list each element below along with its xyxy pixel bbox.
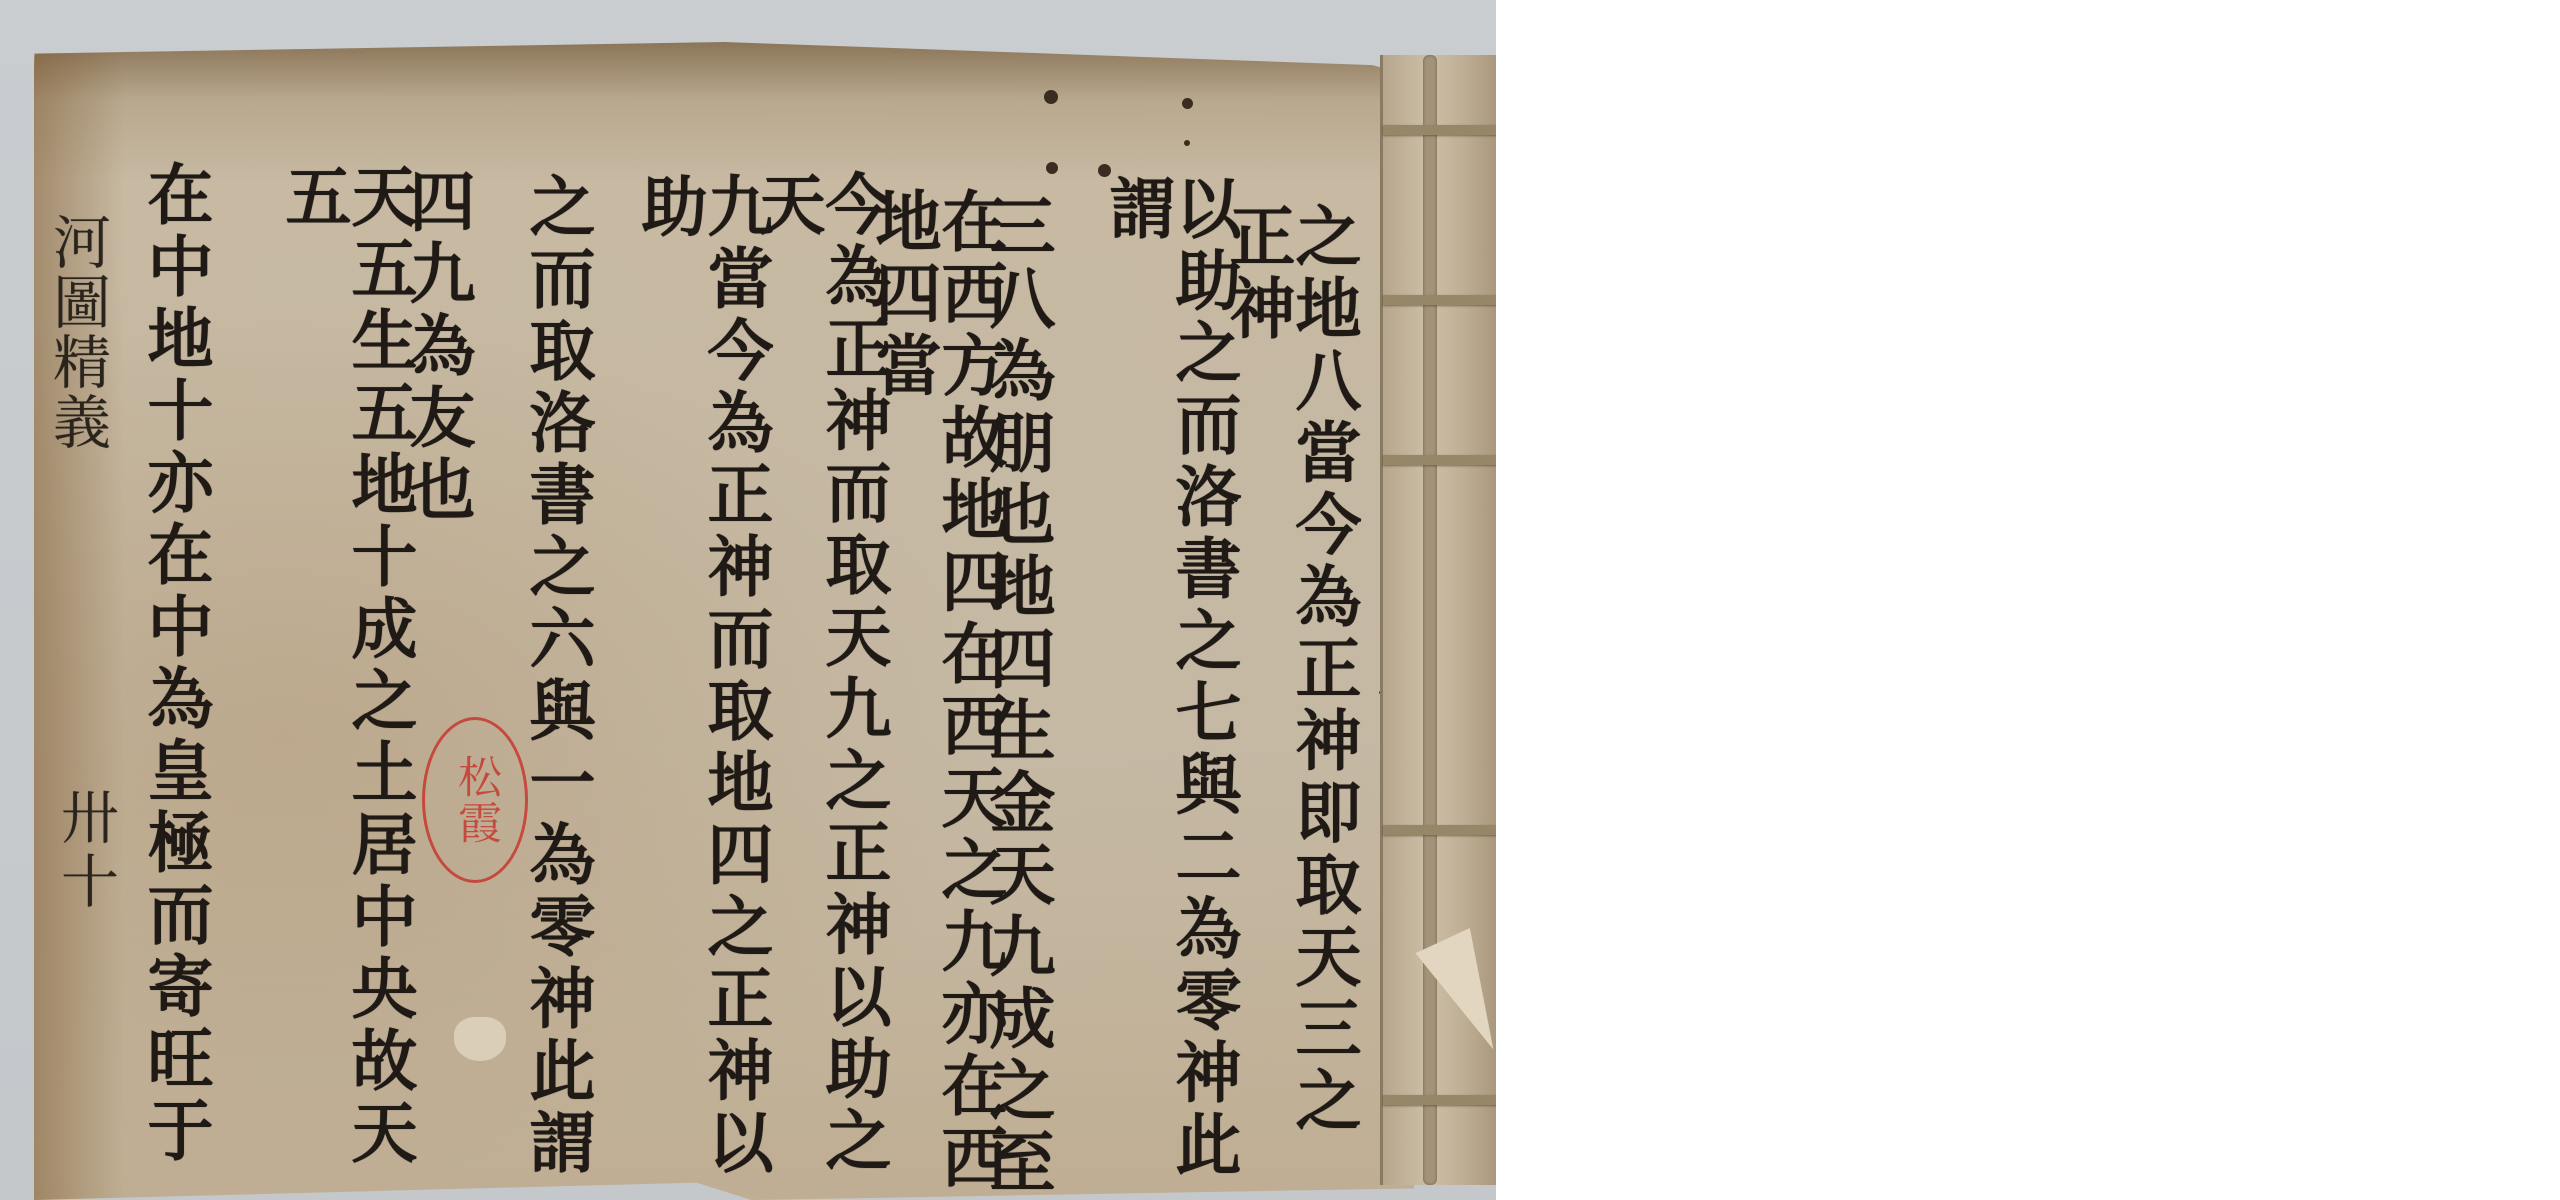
wormhole <box>1184 140 1190 146</box>
text-column-1: 之地八當今為正神即取天三之正神 <box>1224 202 1356 1200</box>
binding-stitch <box>1383 455 1496 465</box>
manuscript-page: 河圖精義 卅十 在中地十亦在中為皇極而寄旺于 天五生五地十成之土居中央故天五 四… <box>34 42 1414 1200</box>
text-column-10: 在中地十亦在中為皇極而寄旺于 <box>142 160 208 1168</box>
wormhole <box>1182 98 1193 109</box>
text-column-9: 天五生五地十成之土居中央故天五 <box>280 162 412 1200</box>
margin-title: 河圖精義 <box>48 212 106 452</box>
red-seal-stamp: 松霞 <box>422 717 528 883</box>
binding-thread <box>1423 55 1437 1185</box>
blank-area <box>1496 0 2560 1200</box>
page-number: 卅十 <box>56 787 114 915</box>
binding-stitch <box>1383 825 1496 835</box>
seal-text: 松霞 <box>443 754 507 846</box>
wormhole <box>1044 90 1058 104</box>
text-column-7: 之而取洛書之六與一為零神此謂 <box>524 172 590 1180</box>
text-column-2: 以助之而洛書之七與二為零神此謂 <box>1104 174 1236 1200</box>
binding-stitch <box>1383 1095 1496 1105</box>
text-column-6: 九當今為正神而取地四之正神以助 <box>636 172 768 1200</box>
wormhole <box>1046 162 1058 174</box>
text-column-8: 四九為友也 <box>404 167 470 527</box>
text-column-3: 三八為朋也地四生金天九成之至 <box>984 192 1050 1200</box>
paper-stain <box>454 1017 506 1061</box>
binding-stitch <box>1383 295 1496 305</box>
binding-stitch <box>1383 125 1496 135</box>
book-spine-binding <box>1380 55 1496 1185</box>
manuscript-photo: 河圖精義 卅十 在中地十亦在中為皇極而寄旺于 天五生五地十成之土居中央故天五 四… <box>0 0 1496 1200</box>
